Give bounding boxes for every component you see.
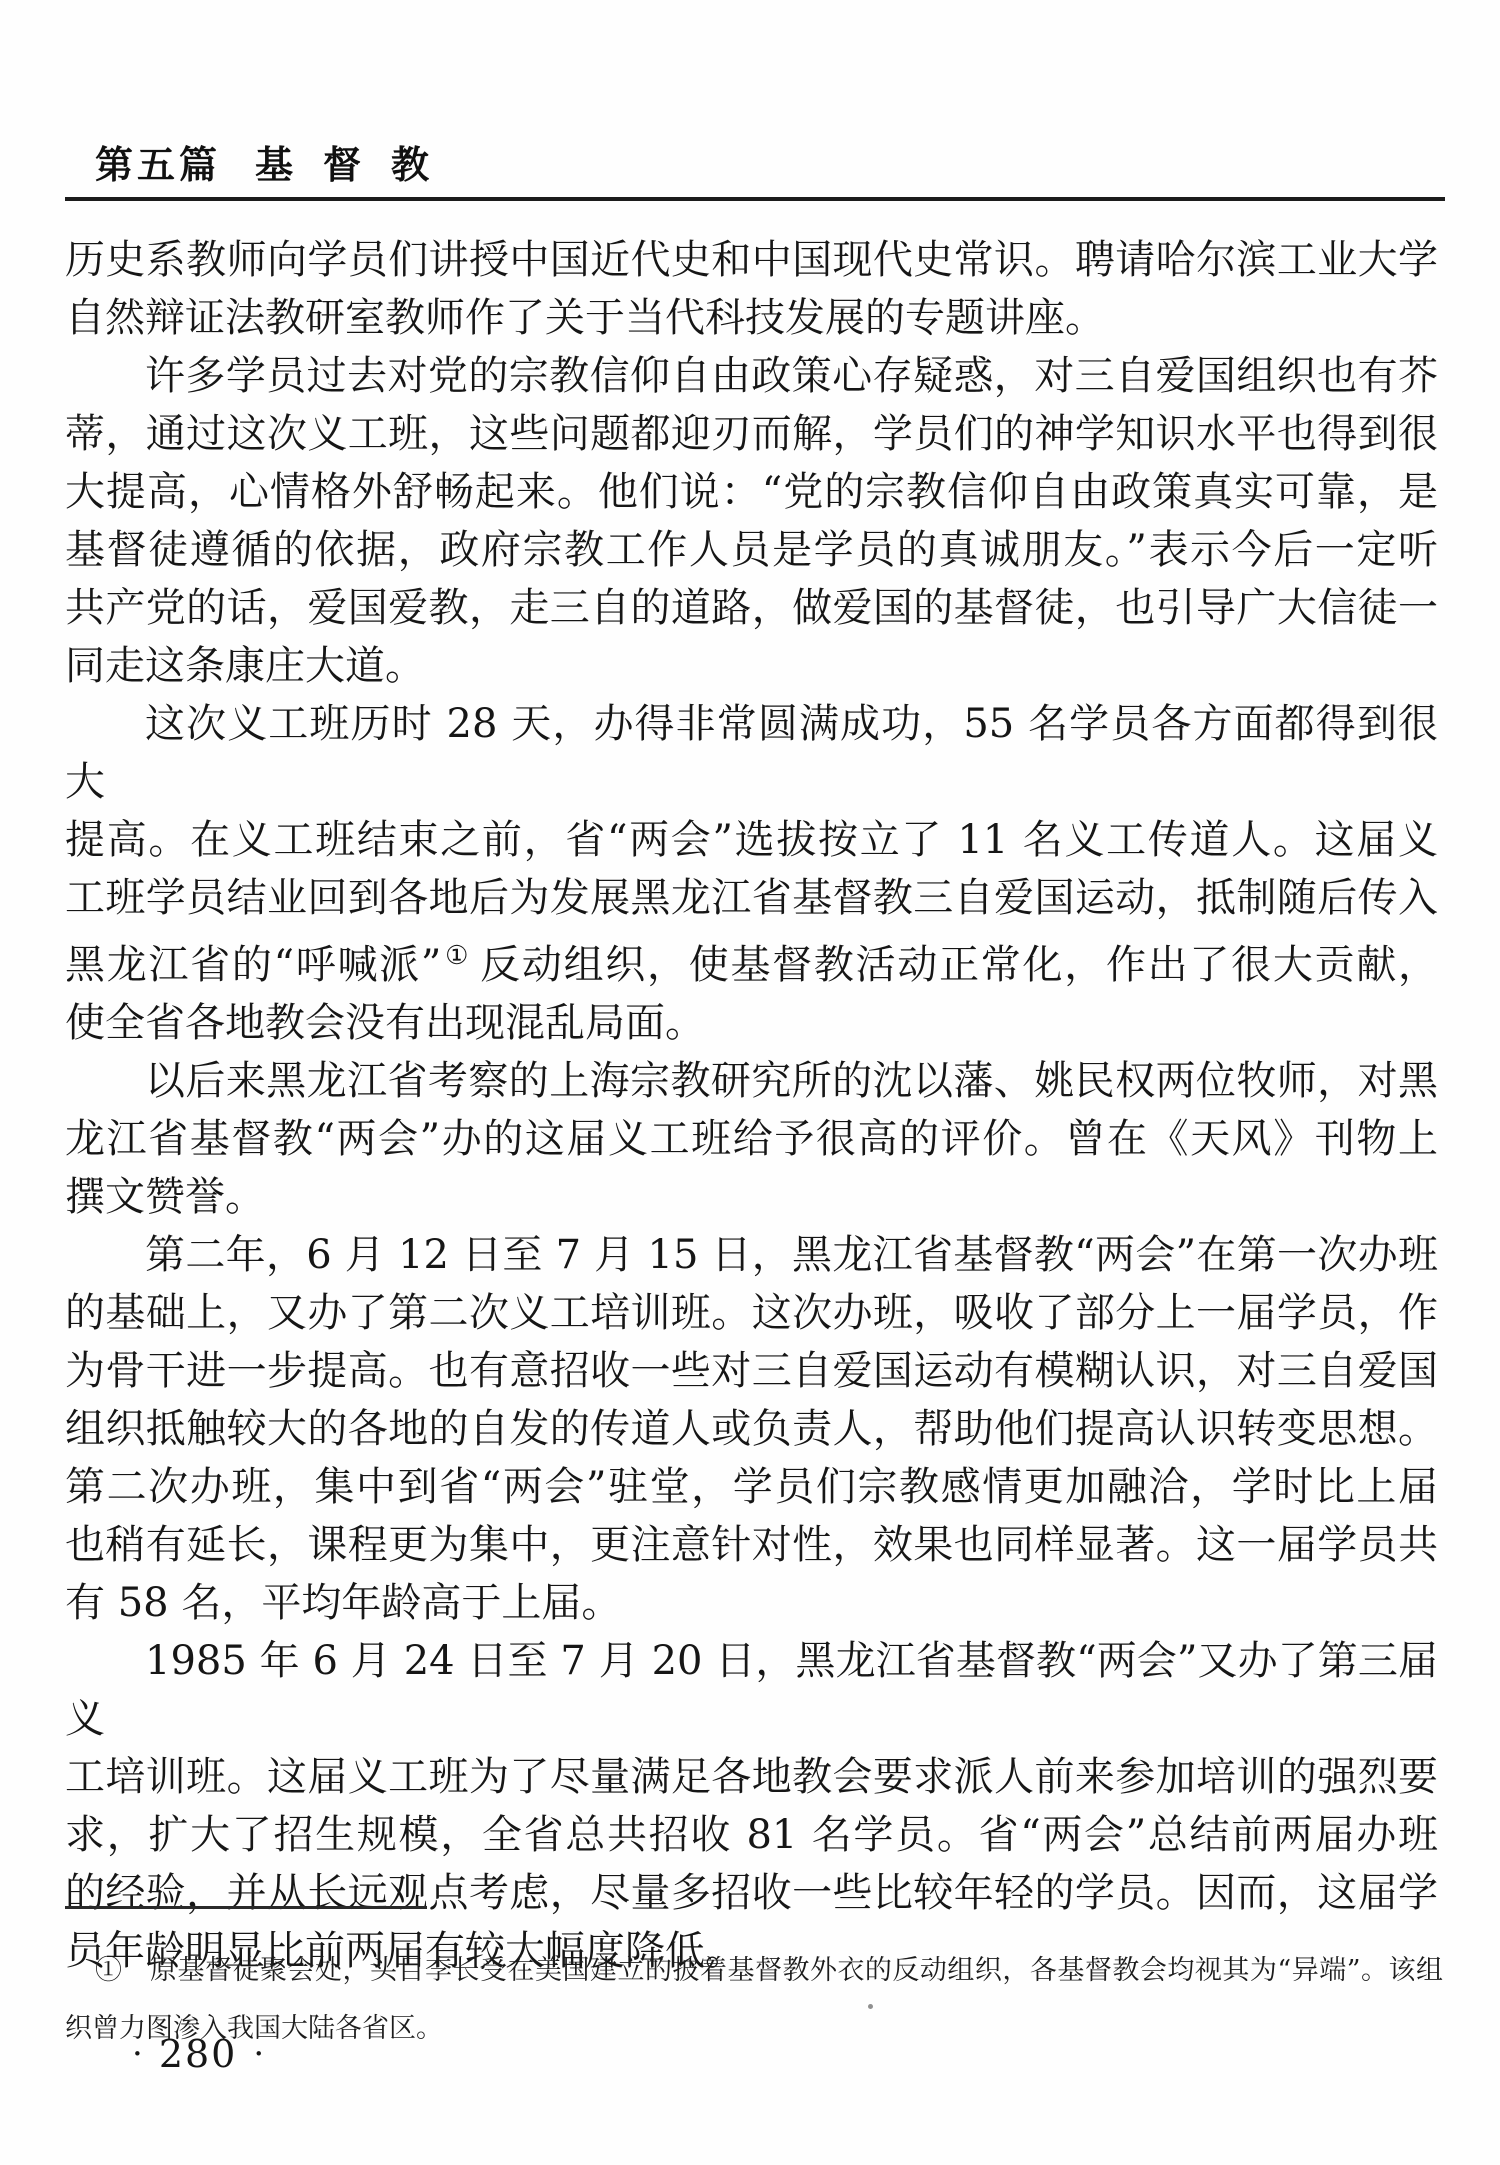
paragraph-line: 龙江省基督教“两会”办的这届义工班给予很高的评价。曾在《天风》刊物上 [65,1110,1438,1168]
footnote-line: 织曾力图渗入我国大陆各省区。 [65,2002,1443,2060]
chapter-header: 第五篇基督教 [95,143,459,187]
footnote-separator-rule [65,1906,427,1909]
header-rule [65,197,1445,201]
paragraph-line: 为骨干进一步提高。也有意招收一些对三自爱国运动有模糊认识，对三自爱国 [65,1342,1438,1400]
line-text: 反动组织，使基督教活动正常化，作出了很大贡献， [480,942,1438,988]
footnote: ① 原基督徒聚会处，头目李长受在美国建立的披着基督教外衣的反动组织，各基督教会均… [65,1944,1443,2060]
paragraph-line: 组织抵触较大的各地的自发的传道人或负责人，帮助他们提高认识转变思想。 [65,1400,1438,1458]
paragraph-line-with-footnote-ref: 黑龙江省的“呼喊派”①反动组织，使基督教活动正常化，作出了很大贡献， [65,927,1438,994]
paragraph-line: 蒂，通过这次义工班，这些问题都迎刃而解，学员们的神学知识水平也得到很 [65,405,1438,463]
page-number-right-dot: · [253,2034,264,2074]
paragraph-line: 许多学员过去对党的宗教信仰自由政策心存疑惑，对三自爱国组织也有芥 [65,347,1438,405]
paragraph-line: 共产党的话，爱国爱教，走三自的道路，做爱国的基督徒，也引导广大信徒一 [65,579,1438,637]
paragraph-line: 大提高，心情格外舒畅起来。他们说：“党的宗教信仰自由政策真实可靠，是 [65,463,1438,521]
paragraph-line: 历史系教师向学员们讲授中国近代史和中国现代史常识。聘请哈尔滨工业大学 [65,231,1438,289]
chapter-section-label: 第五篇 [95,143,221,187]
paragraph-line: 工培训班。这届义工班为了尽量满足各地教会要求派人前来参加培训的强烈要 [65,1748,1438,1806]
page-number-left-dot: · [132,2034,143,2074]
line-text: 黑龙江省的“呼喊派” [65,942,441,988]
paragraph-line: 自然辩证法教研室教师作了关于当代科技发展的专题讲座。 [65,289,1438,347]
footnote-reference-marker: ① [443,941,470,971]
scan-speck [868,2004,873,2009]
footnote-line: ① 原基督徒聚会处，头目李长受在美国建立的披着基督教外衣的反动组织，各基督教会均… [65,1944,1443,2002]
paragraph-line: 同走这条康庄大道。 [65,637,1438,695]
paragraph-line: 也稍有延长，课程更为集中，更注意针对性，效果也同样显著。这一届学员共 [65,1516,1438,1574]
paragraph-line: 工班学员结业回到各地后为发展黑龙江省基督教三自爱国运动，抵制随后传入 [65,869,1438,927]
paragraph-line: 的经验，并从长远观点考虑，尽量多招收一些比较年轻的学员。因而，这届学 [65,1864,1438,1922]
paragraph-line: 基督徒遵循的依据，政府宗教工作人员是学员的真诚朋友。”表示今后一定听 [65,521,1438,579]
page-number: ·280· [132,2032,264,2076]
paragraph-line: 这次义工班历时 28 天，办得非常圆满成功，55 名学员各方面都得到很大 [65,695,1438,811]
paragraph-line: 有 58 名，平均年龄高于上届。 [65,1574,1438,1632]
page-number-value: 280 [159,2032,238,2076]
body-text: 历史系教师向学员们讲授中国近代史和中国现代史常识。聘请哈尔滨工业大学 自然辩证法… [65,231,1438,1980]
paragraph-line: 提高。在义工班结束之前，省“两会”选拔按立了 11 名义工传道人。这届义 [65,811,1438,869]
paragraph-line: 第二年，6 月 12 日至 7 月 15 日，黑龙江省基督教“两会”在第一次办班 [65,1226,1438,1284]
book-page: 第五篇基督教 历史系教师向学员们讲授中国近代史和中国现代史常识。聘请哈尔滨工业大… [0,0,1500,2165]
paragraph-line: 的基础上，又办了第二次义工培训班。这次办班，吸收了部分上一届学员，作 [65,1284,1438,1342]
paragraph-line: 1985 年 6 月 24 日至 7 月 20 日，黑龙江省基督教“两会”又办了… [65,1632,1438,1748]
chapter-title: 基督教 [255,143,459,187]
paragraph-line: 使全省各地教会没有出现混乱局面。 [65,994,1438,1052]
paragraph-line: 撰文赞誉。 [65,1168,1438,1226]
paragraph-line: 第二次办班，集中到省“两会”驻堂，学员们宗教感情更加融洽，学时比上届 [65,1458,1438,1516]
paragraph-line: 以后来黑龙江省考察的上海宗教研究所的沈以藩、姚民权两位牧师，对黑 [65,1052,1438,1110]
paragraph-line: 求，扩大了招生规模，全省总共招收 81 名学员。省“两会”总结前两届办班 [65,1806,1438,1864]
